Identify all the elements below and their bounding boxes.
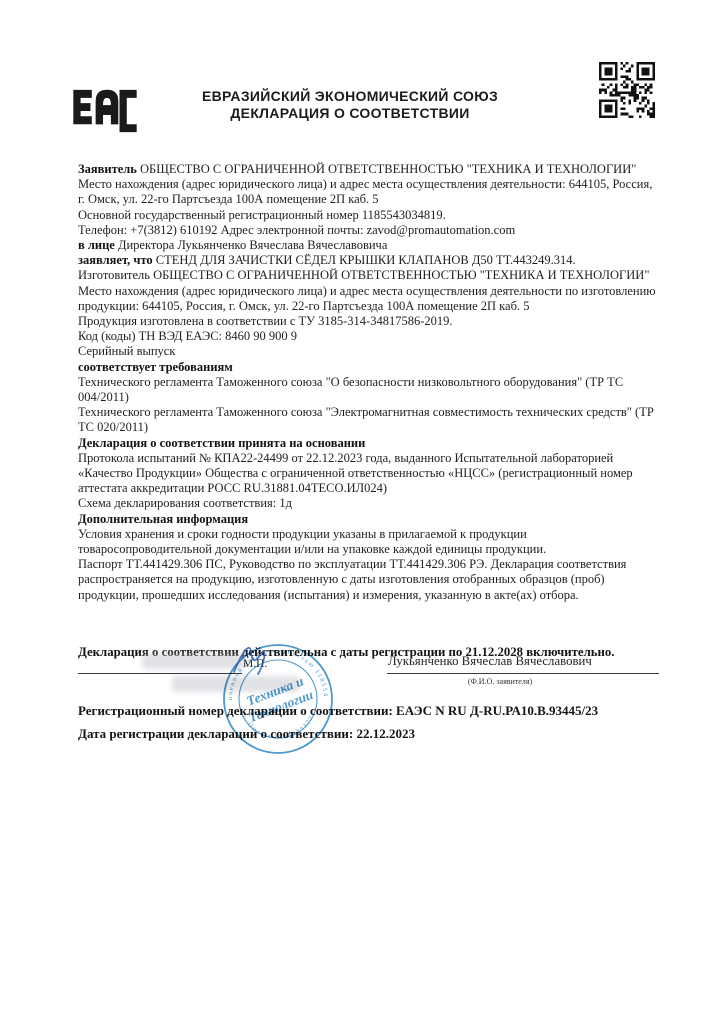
body-paragraph: Серийный выпуск [78,344,658,359]
body-paragraph: Заявитель ОБЩЕСТВО С ОГРАНИЧЕННОЙ ОТВЕТС… [78,162,658,177]
eac-logo-icon [72,80,138,146]
body-paragraph: в лице Директора Лукьянченко Вячеслава В… [78,238,658,253]
body-paragraph: Место нахождения (адрес юридического лиц… [78,284,658,314]
paragraph-lead: Заявитель [78,162,140,176]
body-text: Заявитель ОБЩЕСТВО С ОГРАНИЧЕННОЙ ОТВЕТС… [78,162,658,603]
title-line-union: ЕВРАЗИЙСКИЙ ЭКОНОМИЧЕСКИЙ СОЮЗ [140,88,560,105]
registration-number-line: Регистрационный номер декларации о соотв… [78,703,598,719]
body-paragraph: Паспорт ТТ.441429.306 ПС, Руководство по… [78,557,658,603]
signatory-name: Лукьянченко Вячеслав Вячеславович [388,654,592,669]
body-paragraph: соответствует требованиям [78,360,658,375]
body-paragraph: Технического регламента Таможенного союз… [78,405,658,435]
paragraph-lead: в лице [78,238,118,252]
body-paragraph: Технического регламента Таможенного союз… [78,375,658,405]
qr-code-icon [599,62,655,118]
signature-ink [228,638,292,680]
body-paragraph: Продукция изготовлена в соответствии с Т… [78,314,658,329]
body-paragraph: Изготовитель ОБЩЕСТВО С ОГРАНИЧЕННОЙ ОТВ… [78,268,658,283]
body-paragraph: заявляет, что СТЕНД ДЛЯ ЗАЧИСТКИ СЁДЕЛ К… [78,253,658,268]
signature-line [78,673,242,674]
fio-caption: (Ф.И.О. заявителя) [370,677,630,686]
body-paragraph: Дополнительная информация [78,512,658,527]
body-paragraph: Код (коды) ТН ВЭД ЕАЭС: 8460 90 900 9 [78,329,658,344]
body-paragraph: Место нахождения (адрес юридического лиц… [78,177,658,207]
body-paragraph: Декларация о соответствии принята на осн… [78,436,658,451]
body-paragraph: Протокола испытаний № КПА22-24499 от 22.… [78,451,658,497]
body-paragraph: Схема декларирования соответствия: 1д [78,496,658,511]
name-underline [387,673,659,674]
body-paragraph: Основной государственный регистрационный… [78,208,658,223]
body-paragraph: Условия хранения и сроки годности продук… [78,527,658,557]
title-line-declaration: ДЕКЛАРАЦИЯ О СООТВЕТСТВИИ [140,105,560,122]
declaration-document: ЕВРАЗИЙСКИЙ ЭКОНОМИЧЕСКИЙ СОЮЗ ДЕКЛАРАЦИ… [0,0,724,1024]
document-title: ЕВРАЗИЙСКИЙ ЭКОНОМИЧЕСКИЙ СОЮЗ ДЕКЛАРАЦИ… [140,88,560,122]
paragraph-lead: заявляет, что [78,253,156,267]
body-paragraph: Телефон: +7(3812) 610192 Адрес электронн… [78,223,658,238]
